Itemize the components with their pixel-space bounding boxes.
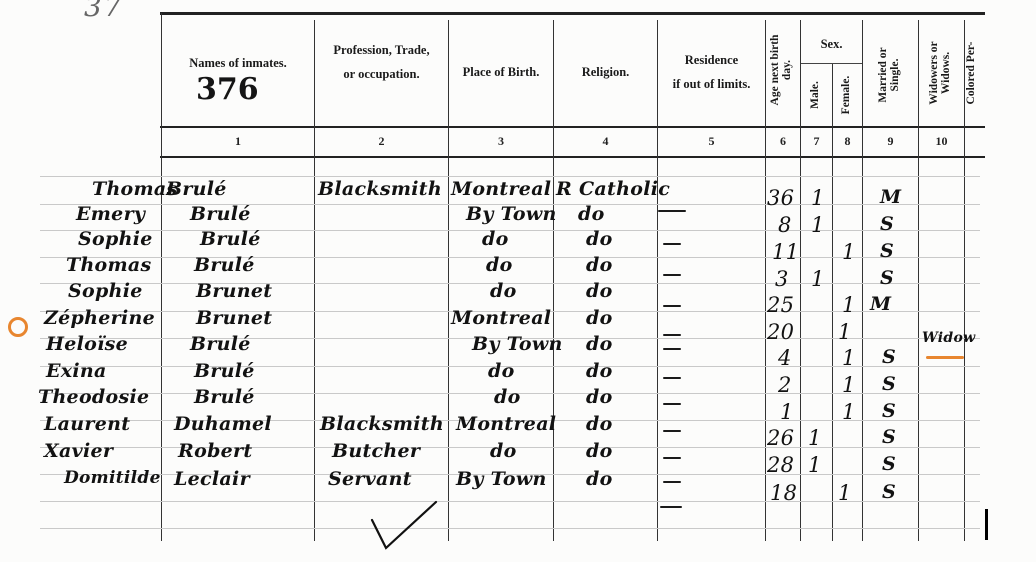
marital-status: S [880, 267, 894, 289]
birthplace: By Town [466, 203, 557, 225]
header-widowers-line1: Widowers or [928, 28, 940, 118]
religion: do [586, 307, 613, 329]
col-border [800, 20, 801, 541]
first-name: Laurent [44, 413, 130, 435]
header-married: Married or Single. [877, 35, 903, 115]
age: 11 [772, 240, 799, 264]
col-border [862, 20, 863, 541]
residence-dash [660, 506, 682, 508]
surname: Brunet [196, 280, 272, 302]
female-mark: 1 [842, 346, 856, 370]
first-name: Exina [46, 360, 107, 382]
birthplace: By Town [472, 333, 563, 355]
religion: do [586, 386, 613, 408]
first-name: Emery [76, 203, 145, 225]
colnum-8: 8 [833, 134, 862, 149]
colnum-10: 10 [919, 134, 964, 149]
col-border [657, 20, 658, 541]
marital-status: S [880, 213, 894, 235]
residence-dash [658, 210, 686, 212]
header-colored: Colored Per- [965, 33, 979, 113]
surname: Brulé [166, 178, 227, 200]
birthplace: do [482, 228, 509, 250]
marital-status: S [882, 373, 896, 395]
header-religion: Religion. [554, 60, 657, 84]
colnum-7: 7 [801, 134, 832, 149]
header-age-line1: Age next birth [769, 20, 781, 120]
residence-dash [663, 481, 681, 483]
header-married-line1: Married or [877, 35, 889, 115]
widow-underline-marker[interactable] [926, 356, 964, 359]
profession: Blacksmith [320, 413, 444, 435]
marital-status: S [882, 426, 896, 448]
widow-mark: Widow [922, 330, 975, 346]
header-sex: Sex. [801, 32, 862, 56]
row-rule [40, 528, 980, 529]
header-married-line2: Single. [889, 35, 901, 115]
birthplace: do [494, 386, 521, 408]
colnum-2: 2 [315, 134, 448, 149]
female-mark: 1 [842, 400, 856, 424]
first-name: Sophie [68, 280, 143, 302]
age: 18 [770, 481, 797, 505]
surname: Duhamel [174, 413, 272, 435]
first-name: Xavier [44, 440, 113, 462]
age: 26 [767, 426, 794, 450]
census-page: 37 Names of inmates. 376 Profession, Tra… [0, 0, 1036, 562]
female-mark: 1 [838, 320, 852, 344]
colnum-1: 1 [162, 134, 314, 149]
male-mark: 1 [808, 453, 822, 477]
religion: R Catholic [556, 178, 670, 200]
residence-dash [663, 305, 681, 307]
header-residence-line2: if out of limits. [658, 72, 765, 96]
age: 8 [778, 213, 792, 237]
female-mark: 1 [842, 293, 856, 317]
marital-status: M [870, 293, 891, 315]
header-widowers-line2: Widows. [940, 28, 952, 118]
surname: Brulé [190, 333, 251, 355]
surname: Brulé [200, 228, 261, 250]
marital-status: S [880, 240, 894, 262]
age: 1 [780, 400, 794, 424]
surname: Brulé [190, 203, 251, 225]
birthplace: Montreal [451, 178, 551, 200]
religion: do [586, 228, 613, 250]
male-mark: 1 [811, 213, 825, 237]
surname: Brulé [194, 386, 255, 408]
birthplace: By Town [456, 468, 547, 490]
header-residence-line1: Residence [658, 48, 765, 72]
header-profession-line1: Profession, Trade, [315, 38, 448, 62]
first-name: Thomas [92, 178, 178, 200]
col-border [314, 20, 315, 541]
male-mark: 1 [808, 426, 822, 450]
surname: Brulé [194, 360, 255, 382]
colnum-6: 6 [766, 134, 800, 149]
religion: do [586, 468, 613, 490]
profession: Servant [328, 468, 412, 490]
age: 3 [775, 267, 789, 291]
colnum-5: 5 [658, 134, 765, 149]
age: 4 [778, 346, 792, 370]
col-border [448, 20, 449, 541]
first-name: Theodosie [38, 386, 149, 408]
first-name: Zépherine [44, 307, 155, 329]
birthplace: do [488, 360, 515, 382]
residence-dash [663, 334, 681, 336]
residence-dash [663, 274, 681, 276]
female-mark: 1 [842, 373, 856, 397]
col-border [918, 20, 919, 541]
birthplace: Montreal [456, 413, 556, 435]
header-male: Male. [809, 65, 823, 125]
profession: Butcher [332, 440, 420, 462]
header-age-line2: day. [781, 20, 793, 120]
surname: Robert [178, 440, 252, 462]
age: 25 [767, 293, 794, 317]
birthplace: do [490, 440, 517, 462]
header-widowers: Widowers or Widows. [928, 28, 954, 118]
male-mark: 1 [811, 186, 825, 210]
profession: Blacksmith [318, 178, 442, 200]
age: 20 [767, 320, 794, 344]
religion: do [578, 203, 605, 225]
religion: do [586, 440, 613, 462]
row-rule [40, 176, 980, 177]
header-names-label: Names of inmates. [189, 56, 287, 70]
marital-status: S [882, 346, 896, 368]
checkmark-icon [370, 490, 440, 550]
text-cursor [985, 509, 988, 540]
header-residence: Residence if out of limits. [658, 48, 765, 96]
female-mark: 1 [838, 481, 852, 505]
colnum-3: 3 [449, 134, 553, 149]
age: 36 [767, 186, 794, 210]
row-marker-circle[interactable] [8, 317, 28, 337]
marital-status: M [880, 186, 901, 208]
surname: Brulé [194, 254, 255, 276]
religion: do [586, 280, 613, 302]
first-name: Heloïse [46, 333, 128, 355]
first-name: Sophie [78, 228, 153, 250]
col-border [553, 20, 554, 541]
religion: do [586, 360, 613, 382]
residence-dash [663, 377, 681, 379]
top-rule [160, 12, 985, 15]
religion: do [586, 333, 613, 355]
age: 2 [778, 373, 792, 397]
residence-dash [663, 430, 681, 432]
first-name: Domitilde [64, 468, 161, 488]
header-age: Age next birth day. [769, 20, 797, 120]
first-name: Thomas [66, 254, 152, 276]
male-mark: 1 [811, 267, 825, 291]
birthplace: do [490, 280, 517, 302]
surname: Leclair [174, 468, 250, 490]
marital-status: S [882, 400, 896, 422]
header-names: Names of inmates. [162, 55, 314, 71]
religion: do [586, 254, 613, 276]
row-rule [40, 230, 980, 231]
header-profession: Profession, Trade, or occupation. [315, 38, 448, 86]
residence-dash [663, 457, 681, 459]
header-female: Female. [840, 65, 854, 125]
colnum-4: 4 [554, 134, 657, 149]
residence-dash [663, 348, 681, 350]
residence-dash [663, 243, 681, 245]
marital-status: S [882, 453, 896, 475]
birthplace: do [486, 254, 513, 276]
female-mark: 1 [842, 240, 856, 264]
surname: Brunet [196, 307, 272, 329]
inmates-count: 376 [196, 72, 259, 107]
colnum-9: 9 [863, 134, 918, 149]
header-profession-line2: or occupation. [315, 62, 448, 86]
page-number-corner: 37 [84, 0, 124, 23]
header-birthplace: Place of Birth. [449, 60, 553, 84]
residence-dash [663, 403, 681, 405]
col-border [161, 13, 162, 541]
birthplace: Montreal [451, 307, 551, 329]
marital-status: S [882, 481, 896, 503]
religion: do [586, 413, 613, 435]
age: 28 [767, 453, 794, 477]
